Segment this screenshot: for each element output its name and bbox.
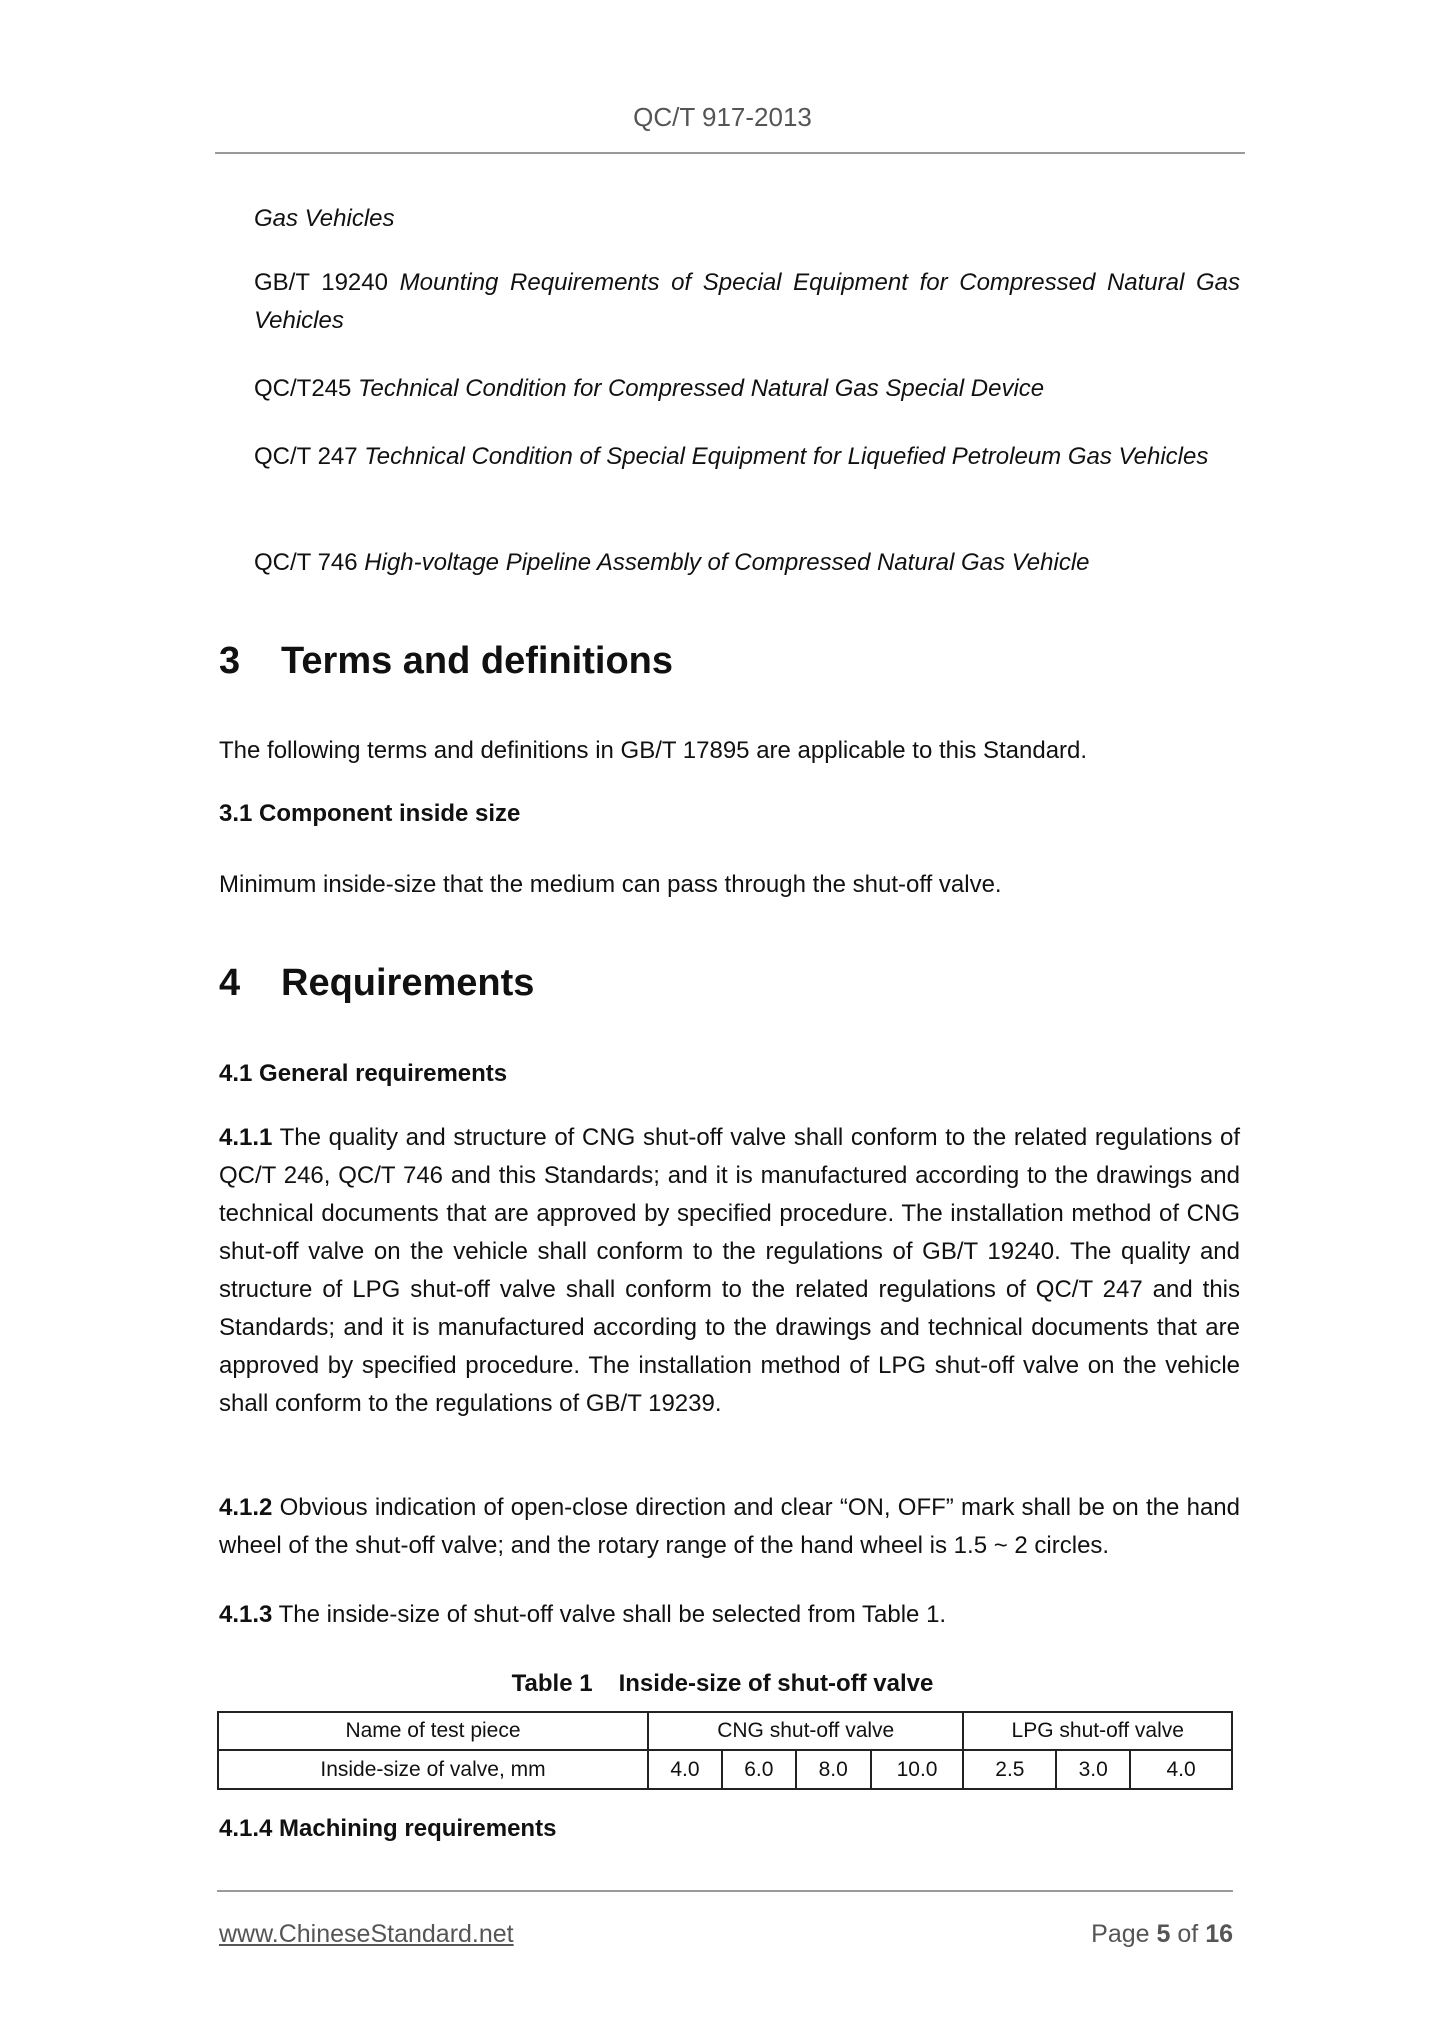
clause-4-1-2: 4.1.2 Obvious indication of open-close d…	[219, 1489, 1240, 1565]
reference-item: QC/T245 Technical Condition for Compress…	[254, 370, 1240, 408]
clause-text: The quality and structure of CNG shut-of…	[219, 1124, 1240, 1417]
cng-value-cell: 8.0	[796, 1750, 871, 1789]
clause-number: 4.1.1	[219, 1124, 272, 1151]
subsection-4-1-4-heading: 4.1.4 Machining requirements	[219, 1815, 556, 1843]
table-row: Inside-size of valve, mm 4.0 6.0 8.0 10.…	[218, 1750, 1232, 1789]
header-divider	[215, 152, 1245, 154]
lpg-value-cell: 3.0	[1056, 1750, 1130, 1789]
footer-divider	[217, 1890, 1233, 1892]
subsection-4-1-heading: 4.1 General requirements	[219, 1060, 507, 1088]
section-number: 4	[219, 962, 281, 1005]
clause-4-1-1: 4.1.1 The quality and structure of CNG s…	[219, 1119, 1240, 1423]
section-title: Requirements	[281, 962, 534, 1004]
header-cell-name: Name of test piece	[218, 1712, 648, 1750]
inside-size-table: Name of test piece CNG shut-off valve LP…	[217, 1711, 1233, 1790]
table-header-row: Name of test piece CNG shut-off valve LP…	[218, 1712, 1232, 1750]
subsection-3-1-heading: 3.1 Component inside size	[219, 800, 520, 828]
header-cell-cng: CNG shut-off valve	[648, 1712, 963, 1750]
reference-code: QC/T 746	[254, 549, 358, 576]
row-label-cell: Inside-size of valve, mm	[218, 1750, 648, 1789]
page-of: of	[1177, 1920, 1198, 1948]
lpg-value-cell: 2.5	[963, 1750, 1056, 1789]
table-label: Table 1	[512, 1670, 593, 1697]
reference-item-continuation: Gas Vehicles	[254, 200, 1240, 238]
page-current: 5	[1157, 1920, 1171, 1948]
reference-code: GB/T 19240	[254, 269, 388, 296]
clause-number: 4.1.3	[219, 1601, 272, 1628]
subsection-3-1-text: Minimum inside-size that the medium can …	[219, 866, 1240, 904]
clause-text: The inside-size of shut-off valve shall …	[279, 1601, 946, 1628]
clause-4-1-3: 4.1.3 The inside-size of shut-off valve …	[219, 1596, 1240, 1634]
reference-item: QC/T 746 High-voltage Pipeline Assembly …	[254, 544, 1240, 582]
header-cell-lpg: LPG shut-off valve	[963, 1712, 1232, 1750]
reference-title: Technical Condition of Special Equipment…	[364, 443, 1208, 470]
page-total: 16	[1205, 1920, 1233, 1948]
cng-value-cell: 4.0	[648, 1750, 722, 1789]
lpg-value-cell: 4.0	[1130, 1750, 1232, 1789]
table-title: Inside-size of shut-off valve	[619, 1670, 934, 1697]
page-indicator: Page 5 of 16	[1091, 1920, 1233, 1949]
section-number: 3	[219, 640, 281, 683]
table-1-caption: Table 1Inside-size of shut-off valve	[0, 1670, 1445, 1698]
clause-text: Obvious indication of open-close directi…	[219, 1494, 1240, 1559]
reference-item: QC/T 247 Technical Condition of Special …	[254, 438, 1240, 476]
section-3-intro: The following terms and definitions in G…	[219, 732, 1240, 770]
reference-title: High-voltage Pipeline Assembly of Compre…	[364, 549, 1089, 576]
reference-title: Gas Vehicles	[254, 205, 395, 232]
reference-code: QC/T245	[254, 375, 351, 402]
section-title: Terms and definitions	[281, 640, 673, 682]
cng-value-cell: 6.0	[722, 1750, 796, 1789]
clause-number: 4.1.2	[219, 1494, 272, 1521]
page-prefix: Page	[1091, 1920, 1149, 1948]
section-4-heading: 4Requirements	[219, 962, 534, 1005]
document-code-header: QC/T 917-2013	[0, 102, 1445, 133]
section-3-heading: 3Terms and definitions	[219, 640, 673, 683]
reference-title: Mounting Requirements of Special Equipme…	[254, 269, 1240, 334]
reference-item: GB/T 19240 Mounting Requirements of Spec…	[254, 264, 1240, 340]
reference-title: Technical Condition for Compressed Natur…	[358, 375, 1044, 402]
website-link[interactable]: www.ChineseStandard.net	[219, 1920, 514, 1949]
reference-code: QC/T 247	[254, 443, 358, 470]
cng-value-cell: 10.0	[871, 1750, 964, 1789]
